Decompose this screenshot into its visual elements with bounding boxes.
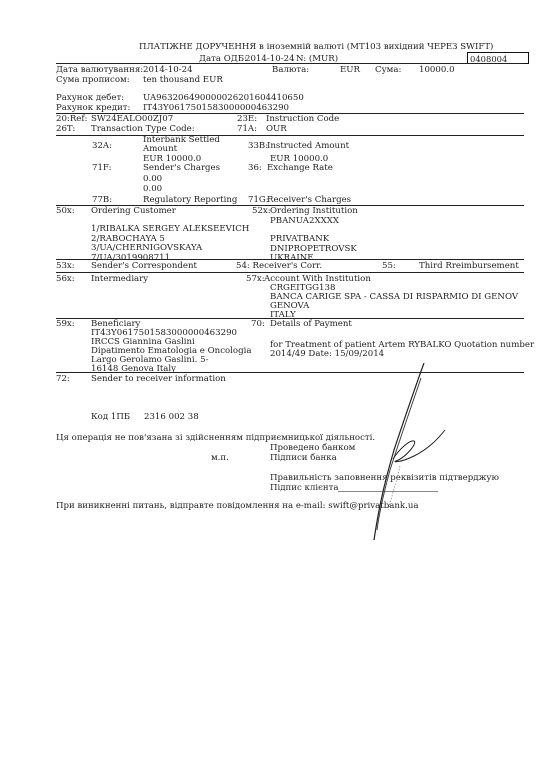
field-52-bic: PBANUA2XXXX bbox=[270, 216, 339, 226]
currency: EUR bbox=[340, 65, 360, 75]
field-59-value: IT43Y0617501583000000463290 IRCCS Gianni… bbox=[91, 329, 251, 374]
client-signature-label: Підпис клієнта bbox=[270, 483, 339, 493]
credit-account: IT43Y0617501583000000463290 bbox=[143, 103, 289, 113]
field-70-title: Details of Payment bbox=[270, 319, 352, 329]
field-20-value: SW24EALO00ZJ07 bbox=[91, 114, 173, 124]
field-57-value: CRGEITGG138 BANCA CARIGE SPA - CASSA DI … bbox=[270, 284, 518, 320]
field-71g-title: Receiver's Charges bbox=[267, 195, 351, 205]
field-23e-label: 23E: bbox=[237, 114, 257, 124]
field-57-label: 57x: bbox=[246, 274, 265, 284]
field-36-title: Exchange Rate bbox=[267, 163, 333, 173]
field-20-label: 20:Ref: bbox=[56, 114, 87, 124]
divider bbox=[56, 135, 524, 136]
divider bbox=[56, 372, 524, 373]
code-label: Код 1ПБ bbox=[91, 412, 130, 422]
value-date: 2014-10-24 bbox=[143, 65, 193, 75]
bank-processed-label: Проведено банком bbox=[270, 443, 355, 453]
field-52-title: Ordering Institution bbox=[270, 206, 358, 216]
field-77b-label: 77B: bbox=[92, 195, 112, 205]
divider bbox=[56, 272, 524, 273]
field-72-label: 72: bbox=[56, 374, 70, 384]
field-72-title: Sender to receiver information bbox=[91, 374, 226, 384]
field-50-value: 1/RIBALKA SERGEY ALEKSEEVICH 2/RABOCHAYA… bbox=[91, 225, 249, 263]
field-52-label: 52x: bbox=[252, 206, 271, 216]
field-32a-label: 32A: bbox=[92, 141, 112, 151]
field-71a-value: OUR bbox=[266, 124, 287, 134]
credit-account-label: Рахунок кредит: bbox=[56, 103, 130, 113]
field-33b-label: 33B: bbox=[248, 141, 268, 151]
field-56-title: Intermediary bbox=[91, 274, 148, 284]
client-signature-line bbox=[338, 491, 438, 492]
contact-text: При виникненні питань, відправте повідом… bbox=[56, 501, 419, 511]
amount: 10000.0 bbox=[419, 65, 455, 75]
field-33b-title: Instructed Amount bbox=[267, 141, 349, 151]
bank-signatures-label: Підписи банка bbox=[270, 453, 337, 463]
field-53-label: 53x: bbox=[56, 261, 75, 271]
debit-account: UA963206490000026201604410650 bbox=[143, 93, 304, 103]
field-71f-values: 0.00 0.00 bbox=[143, 174, 162, 194]
field-56-label: 56x: bbox=[56, 274, 75, 284]
value-date-label: Дата валютування: bbox=[56, 65, 143, 75]
field-55-label: 55: bbox=[382, 261, 396, 271]
field-32a-title: Interbank Settled Amount bbox=[143, 136, 220, 153]
field-70-label: 70: bbox=[251, 319, 265, 329]
field-50-title: Ordering Customer bbox=[91, 206, 176, 216]
field-70-value: for Treatment of patient Artem RYBALKO Q… bbox=[270, 341, 534, 359]
amount-words-label: Сума прописом: bbox=[56, 75, 130, 85]
currency-label: Валюта: bbox=[272, 65, 309, 75]
amount-words: ten thousand EUR bbox=[143, 75, 223, 85]
field-23e-value: Instruction Code bbox=[266, 114, 339, 124]
field-36-label: 36: bbox=[248, 163, 262, 173]
field-26t-label: 26T: bbox=[56, 124, 75, 134]
field-77b-title: Regulatory Reporting bbox=[143, 195, 237, 205]
code-value: 2316 002 38 bbox=[144, 412, 199, 422]
amount-label: Сума: bbox=[375, 65, 401, 75]
field-50-label: 50x: bbox=[56, 206, 75, 216]
field-26t-value: Transaction Type Code: bbox=[91, 124, 195, 134]
field-54-label: 54: Receiver's Corr. bbox=[236, 261, 322, 271]
field-71g-label: 71G: bbox=[248, 195, 269, 205]
stamp-label: м.п. bbox=[211, 453, 229, 463]
field-55-title: Third Rreimbursement bbox=[419, 261, 519, 271]
disclaimer-text: Ця операція не пов'язана зі здійсненням … bbox=[56, 433, 375, 443]
debit-account-label: Рахунок дебет: bbox=[56, 93, 124, 103]
confirm-text: Правильність заповнення реквізитів підтв… bbox=[270, 473, 499, 483]
divider bbox=[56, 259, 524, 260]
field-71f-title: Sender's Charges bbox=[143, 163, 220, 173]
field-71a-label: 71A: bbox=[237, 124, 257, 134]
field-53-title: Sender's Correspondent bbox=[91, 261, 197, 271]
divider bbox=[56, 63, 524, 64]
document-title: ПЛАТІЖНЕ ДОРУЧЕННЯ в іноземній валюті (М… bbox=[139, 42, 493, 52]
field-71f-label: 71F: bbox=[92, 163, 112, 173]
field-59-label: 59x: bbox=[56, 319, 75, 329]
